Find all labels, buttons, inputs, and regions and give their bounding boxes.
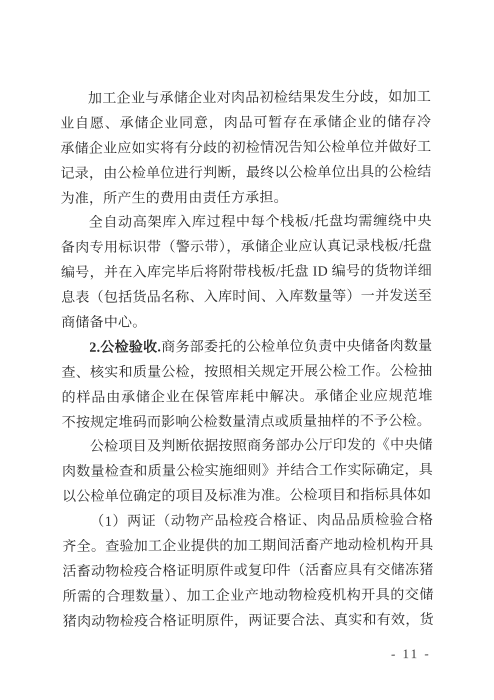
text-line: 为准，所产生的费用由责任方承担。	[61, 186, 432, 213]
scanned-page-content: 加工企业与承储企业对肉品初检结果发生分歧，如加工企 业自愿、承储企业同意，肉品可…	[0, 0, 494, 700]
text-line: 备肉专用标识带（警示带），承储企业应认真记录栈板/托盘 ID	[61, 235, 432, 262]
text-line: （1）两证（动物产品检疫合格证、肉品品质检验合格证）	[62, 509, 433, 536]
text-line: 记录，由公检单位进行判断，最终以公检单位出具的公检结果	[60, 161, 431, 188]
text-line: 猪肉动物检疫合格证明原件，两证要合法、真实和有效，货证	[63, 609, 434, 636]
section-heading: 2.公检验收.	[89, 340, 161, 355]
text-line: 查、核实和质量公检，按照相关规定开展公检工作。公检抽取	[61, 360, 432, 387]
paragraph: 加工企业与承储企业对肉品初检结果发生分歧，如加工企 业自愿、承储企业同意，肉品可…	[60, 86, 432, 212]
text-line: 商储备中心。	[61, 310, 432, 337]
text-line: 齐全。查验加工企业提供的加工期间活畜产地动检机构开具的	[62, 534, 433, 561]
text-line: 业自愿、承储企业同意，肉品可暂存在承储企业的储存冷库，	[60, 111, 431, 138]
text-line: 所需的合理数量）、加工企业产地动物检疫机构开具的交储冻	[63, 584, 434, 611]
paragraph: 公检项目及判断依据按照商务部办公厅印发的《中央储备 肉数量检查和质量公检实施细则…	[62, 434, 433, 511]
text-line: 2.公检验收.商务部委托的公检单位负责中央储备肉数量检	[61, 335, 432, 362]
text-line: 的样品由承储企业在保管库耗中解决。承储企业应规范堆码，	[62, 385, 433, 412]
text-line: 全自动高架库入库过程中每个栈板/托盘均需缠绕中央储	[61, 210, 432, 237]
text-line: 承储企业应如实将有分歧的初检情况告知公检单位并做好工作	[60, 136, 431, 163]
document-page: 加工企业与承储企业对肉品初检结果发生分歧，如加工企 业自愿、承储企业同意，肉品可…	[0, 0, 494, 700]
paragraph: 全自动高架库入库过程中每个栈板/托盘均需缠绕中央储 备肉专用标识带（警示带），承…	[61, 210, 433, 336]
text-line: 以公检单位确定的项目及标准为准。公检项目和指标具体如下：	[62, 484, 433, 511]
text-line: 息表（包括货品名称、入库时间、入库数量等）一并发送至华	[61, 285, 432, 312]
text-line: 活畜动物检疫合格证明原件或复印件（活畜应具有交储冻猪肉	[62, 559, 433, 586]
body-text: 加工企业与承储企业对肉品初检结果发生分歧，如加工企 业自愿、承储企业同意，肉品可…	[60, 86, 434, 636]
page-number: - 11 -	[391, 646, 431, 662]
text-line: 不按规定堆码而影响公检数量清点或质量抽样的不予公检。	[62, 410, 433, 437]
text-line: 编号，并在入库完毕后将附带栈板/托盘 ID 编号的货物详细信	[61, 260, 432, 287]
text-line: 肉数量检查和质量公检实施细则》并结合工作实际确定，具体	[62, 459, 433, 486]
text-line: 公检项目及判断依据按照商务部办公厅印发的《中央储备	[62, 434, 433, 461]
paragraph: 2.公检验收.商务部委托的公检单位负责中央储备肉数量检 查、核实和质量公检，按照…	[61, 335, 433, 437]
text-line: 加工企业与承储企业对肉品初检结果发生分歧，如加工企	[60, 86, 431, 113]
paragraph: （1）两证（动物产品检疫合格证、肉品品质检验合格证） 齐全。查验加工企业提供的加…	[62, 509, 434, 635]
